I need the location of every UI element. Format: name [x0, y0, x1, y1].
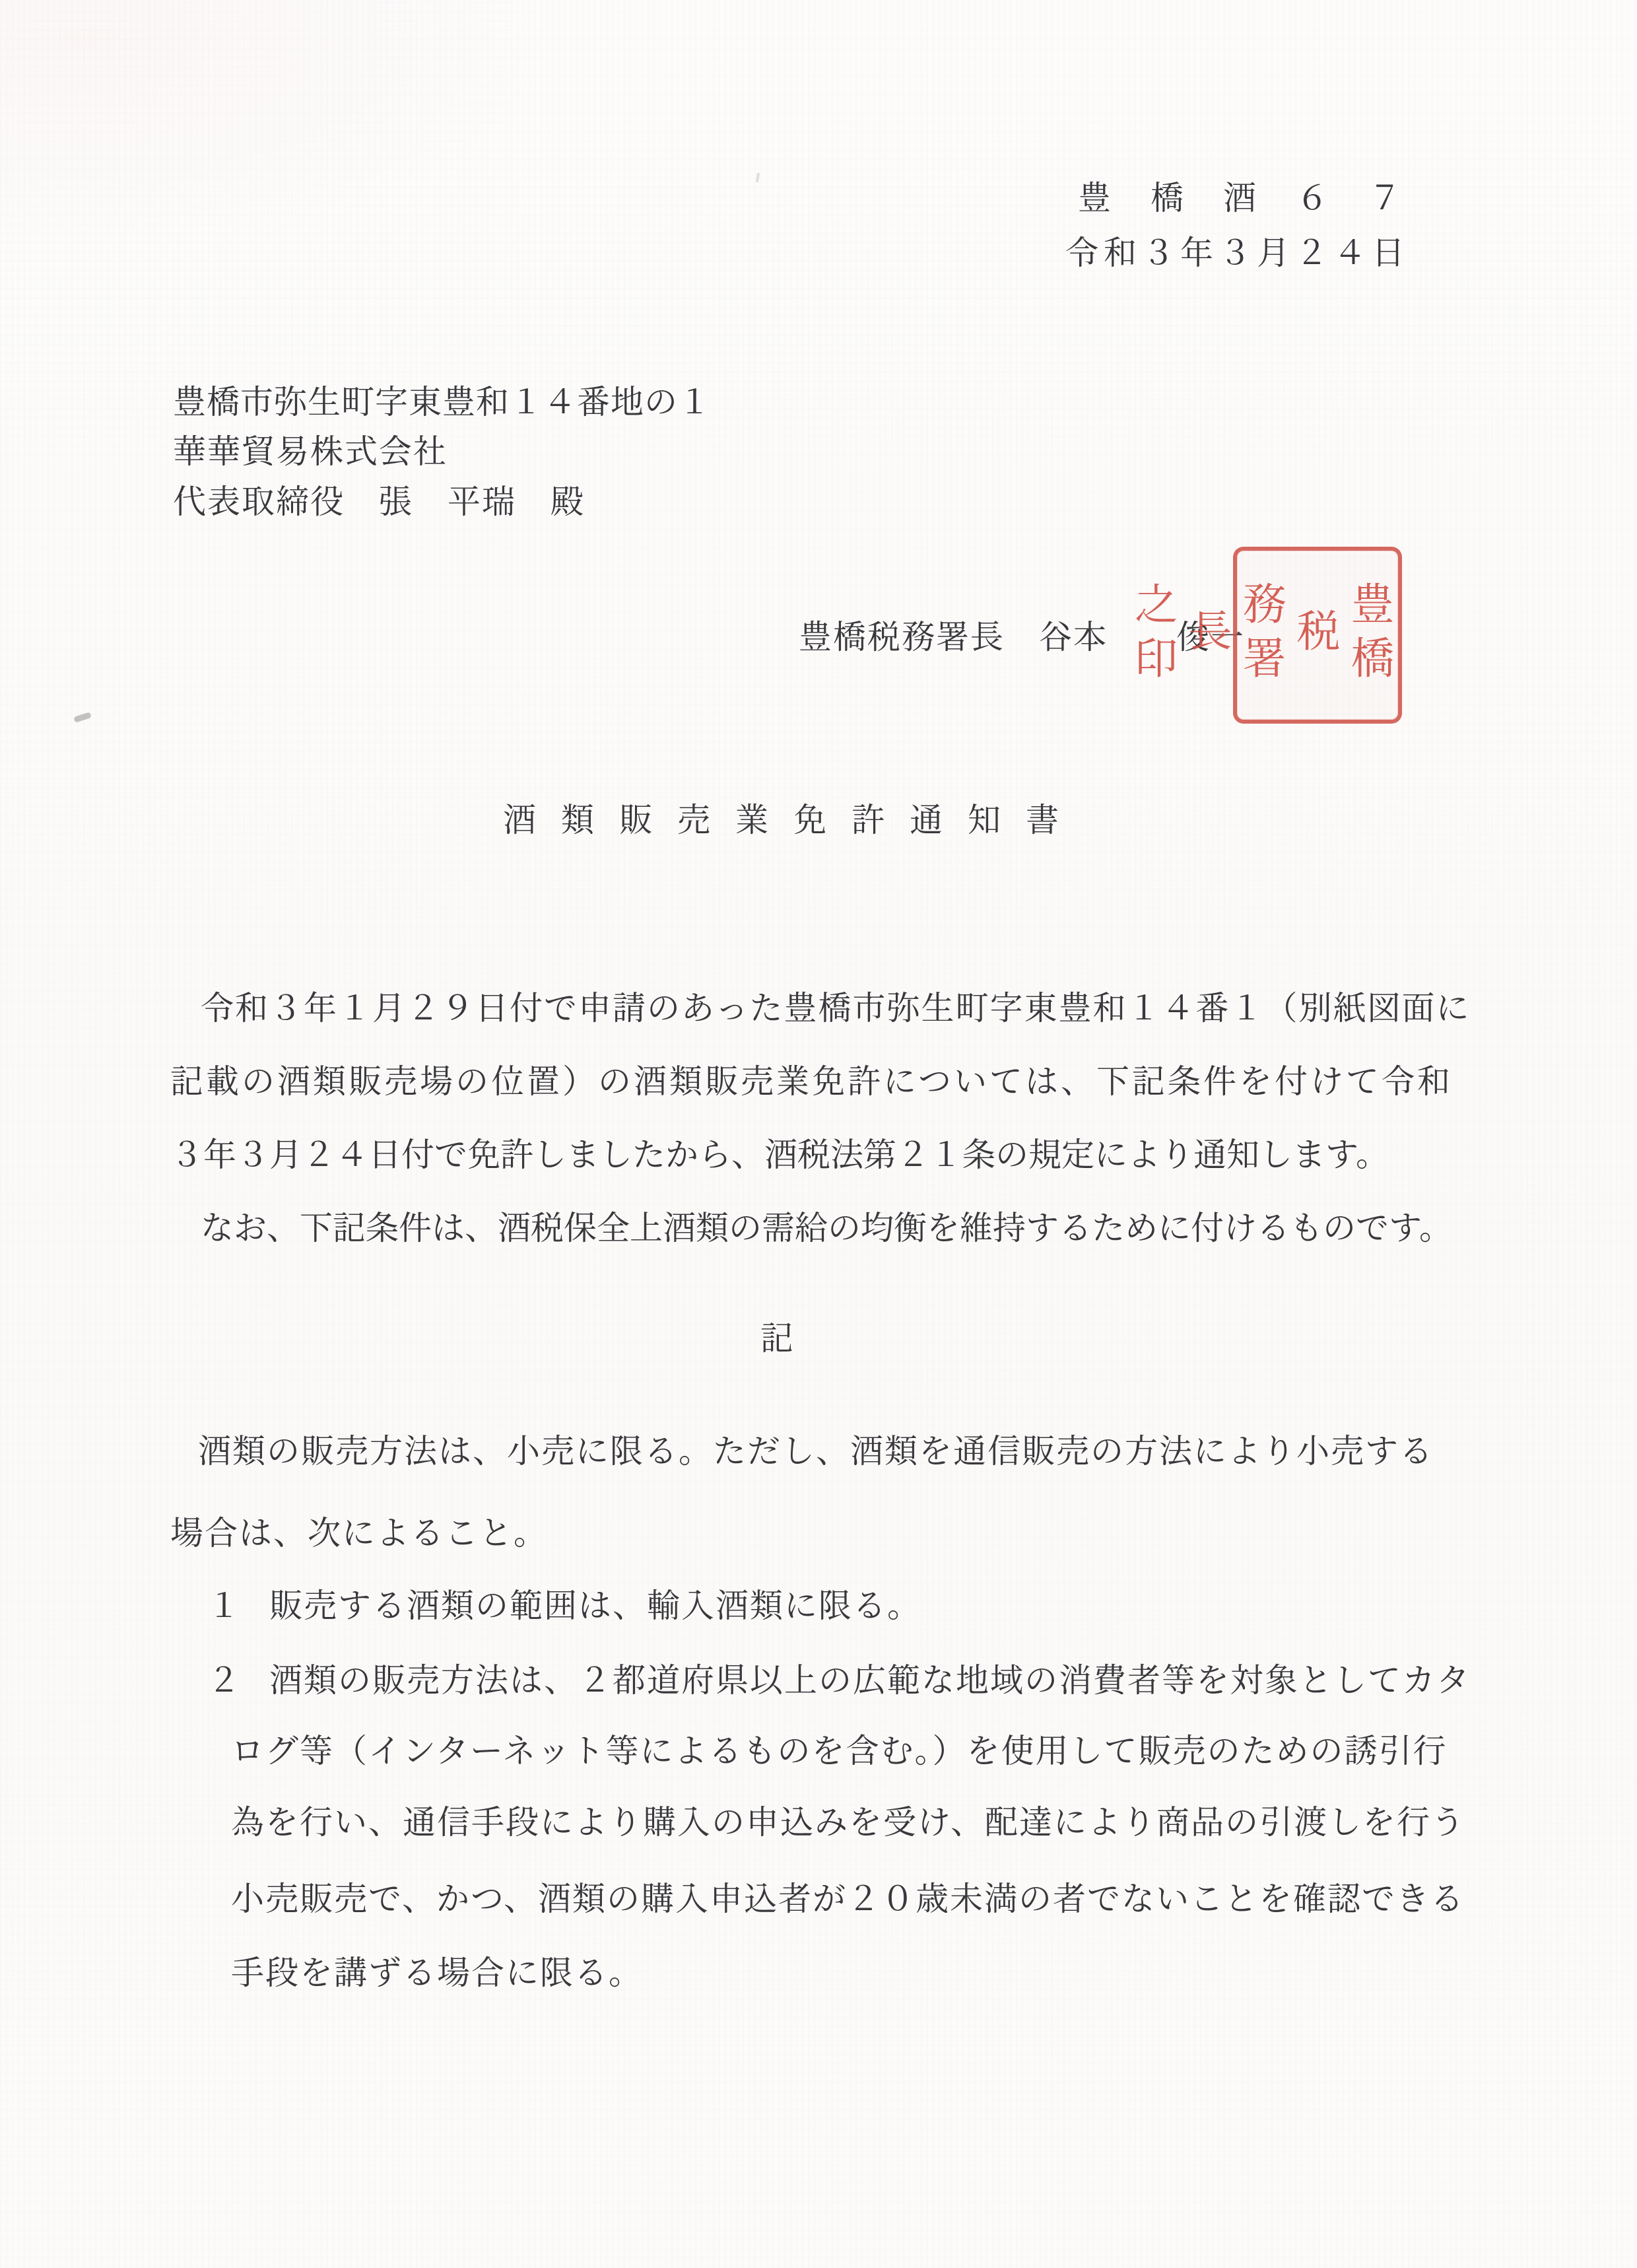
- recipient-representative: 代表取締役 張 平瑞 殿: [173, 483, 585, 520]
- body-line-4: なお、下記条件は、酒税保全上酒類の需給の均衡を維持するために付けるものです。: [201, 1210, 1452, 1247]
- official-seal: 豊橋税 務署長 之印: [1233, 547, 1402, 724]
- item-2-line-2: ログ等（インターネット等によるものを含む。）を使用して販売のための誘引行: [231, 1733, 1448, 1770]
- item-2-line-1: 酒類の販売方法は、２都道府県以上の広範な地域の消費者等を対象としてカタ: [269, 1662, 1471, 1699]
- condition-item-1: １販売する酒類の範囲は、輸入酒類に限る。: [207, 1587, 921, 1624]
- recipient-company: 華華貿易株式会社: [173, 433, 448, 470]
- scan-texture: [0, 0, 1637, 2268]
- body-line-1: 令和３年１月２９日付で申請のあった豊橋市弥生町字東豊和１４番１（別紙図面に: [201, 990, 1471, 1027]
- scan-speck: [73, 712, 92, 723]
- item-1-number: １: [207, 1587, 269, 1624]
- item-2-line-4: 小売販売で、かつ、酒類の購入申込者が２０歳未満の者でないことを確認できる: [231, 1880, 1465, 1917]
- item-2-line-5: 手段を講ずる場合に限る。: [231, 1954, 643, 1991]
- item-2-line-3: 為を行い、通信手段により購入の申込みを受け、配達により商品の引渡しを行う: [231, 1804, 1465, 1841]
- seal-column-1: 豊橋税: [1286, 555, 1395, 716]
- conditions-line-2: 場合は、次によること。: [170, 1515, 548, 1552]
- document-number: 豊 橋 酒 ６ ７: [1078, 180, 1405, 217]
- seal-column-2: 務署長: [1178, 555, 1286, 716]
- item-1-text: 販売する酒類の範囲は、輸入酒類に限る。: [269, 1587, 921, 1624]
- document-title: 酒類販売業免許通知書: [503, 802, 1084, 839]
- conditions-line-1: 酒類の販売方法は、小売に限る。ただし、酒類を通信販売の方法により小売する: [198, 1433, 1434, 1470]
- recipient-address: 豊橋市弥生町字東豊和１４番地の１: [173, 384, 712, 421]
- scan-speck: [756, 173, 760, 182]
- scanned-document-page: 豊 橋 酒 ６ ７ 令和３年３月２４日 豊橋市弥生町字東豊和１４番地の１ 華華貿…: [0, 0, 1637, 2268]
- body-line-2: 記載の酒類販売場の位置）の酒類販売業免許については、下記条件を付けて令和: [170, 1063, 1453, 1100]
- condition-item-2: ２酒類の販売方法は、２都道府県以上の広範な地域の消費者等を対象としてカタ: [207, 1662, 1471, 1699]
- body-line-3: ３年３月２４日付で免許しましたから、酒税法第２１条の規定により通知します。: [170, 1136, 1389, 1173]
- seal-column-3: 之印: [1124, 555, 1178, 716]
- document-date: 令和３年３月２４日: [1065, 234, 1410, 271]
- ki-marker: 記: [760, 1320, 793, 1357]
- item-2-number: ２: [207, 1662, 269, 1699]
